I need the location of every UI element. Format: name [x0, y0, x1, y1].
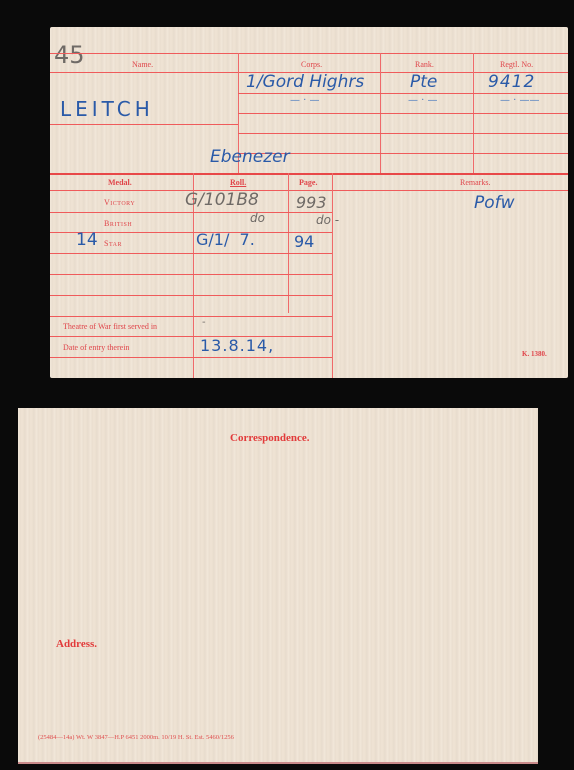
- roll-value: G/1/ 7.: [196, 230, 255, 249]
- forename-value: Ebenezer: [210, 147, 290, 167]
- correspondence-label: Correspondence.: [230, 432, 310, 444]
- theatre-label: Theatre of War first served in: [63, 322, 157, 331]
- date-entry-label: Date of entry therein: [63, 343, 129, 352]
- divider: [50, 190, 568, 191]
- page-header: Page.: [299, 178, 317, 187]
- regtl-no-header: Regtl. No.: [500, 60, 533, 69]
- divider: [50, 295, 332, 296]
- regtl-no-value: 9412: [488, 72, 535, 92]
- star-prefix: 14: [76, 230, 98, 250]
- medal-index-card-front: 45 Name. Corps. Rank. Regtl. No. LEITCH …: [50, 27, 568, 378]
- divider: [50, 253, 332, 254]
- divider: [238, 93, 568, 94]
- remarks-value: Pofw: [474, 193, 515, 213]
- divider: [332, 173, 333, 378]
- divider: [238, 113, 568, 114]
- medal-name: Victory: [104, 198, 135, 207]
- corps-header: Corps.: [301, 60, 322, 69]
- theatre-value: -: [202, 317, 206, 328]
- page-value: 993: [296, 193, 327, 212]
- divider: [50, 72, 238, 73]
- divider: [50, 274, 332, 275]
- rank-ditto: — · —: [408, 95, 438, 106]
- rank-value: Pte: [410, 72, 437, 92]
- divider: [288, 173, 289, 313]
- regtl-ditto: — · ——: [500, 95, 540, 106]
- divider: [50, 212, 332, 213]
- roll-header: Roll.: [230, 178, 246, 187]
- rank-header: Rank.: [415, 60, 434, 69]
- date-entry-value: 13.8.14,: [200, 336, 274, 355]
- divider: [50, 124, 238, 125]
- divider: [50, 336, 332, 337]
- print-code: (25484—14a) Wt. W 3847—H.P 6451 2000m. 1…: [38, 734, 234, 741]
- medal-name: British: [104, 219, 132, 228]
- remarks-header: Remarks.: [460, 178, 490, 187]
- page-value: 94: [294, 232, 314, 251]
- form-number: K. 1380.: [522, 350, 547, 358]
- address-label: Address.: [56, 638, 97, 650]
- divider: [50, 316, 332, 317]
- corps-ditto: — · —: [290, 95, 320, 106]
- divider: [238, 133, 568, 134]
- medal-index-card-back: Correspondence. Address. (25484—14a) Wt.…: [18, 408, 538, 764]
- name-header: Name.: [132, 60, 153, 69]
- divider: [50, 357, 332, 358]
- page-value: do -: [316, 213, 339, 227]
- surname-value: LEITCH: [60, 97, 154, 121]
- roll-value: G/101B8: [185, 190, 259, 210]
- corps-value: 1/Gord Highrs: [246, 72, 364, 92]
- divider: [50, 53, 568, 54]
- medal-name: Star: [104, 239, 122, 248]
- pencil-reference-number: 45: [54, 41, 85, 69]
- divider: [50, 173, 568, 175]
- roll-value: do: [250, 211, 265, 225]
- medal-header: Medal.: [108, 178, 132, 187]
